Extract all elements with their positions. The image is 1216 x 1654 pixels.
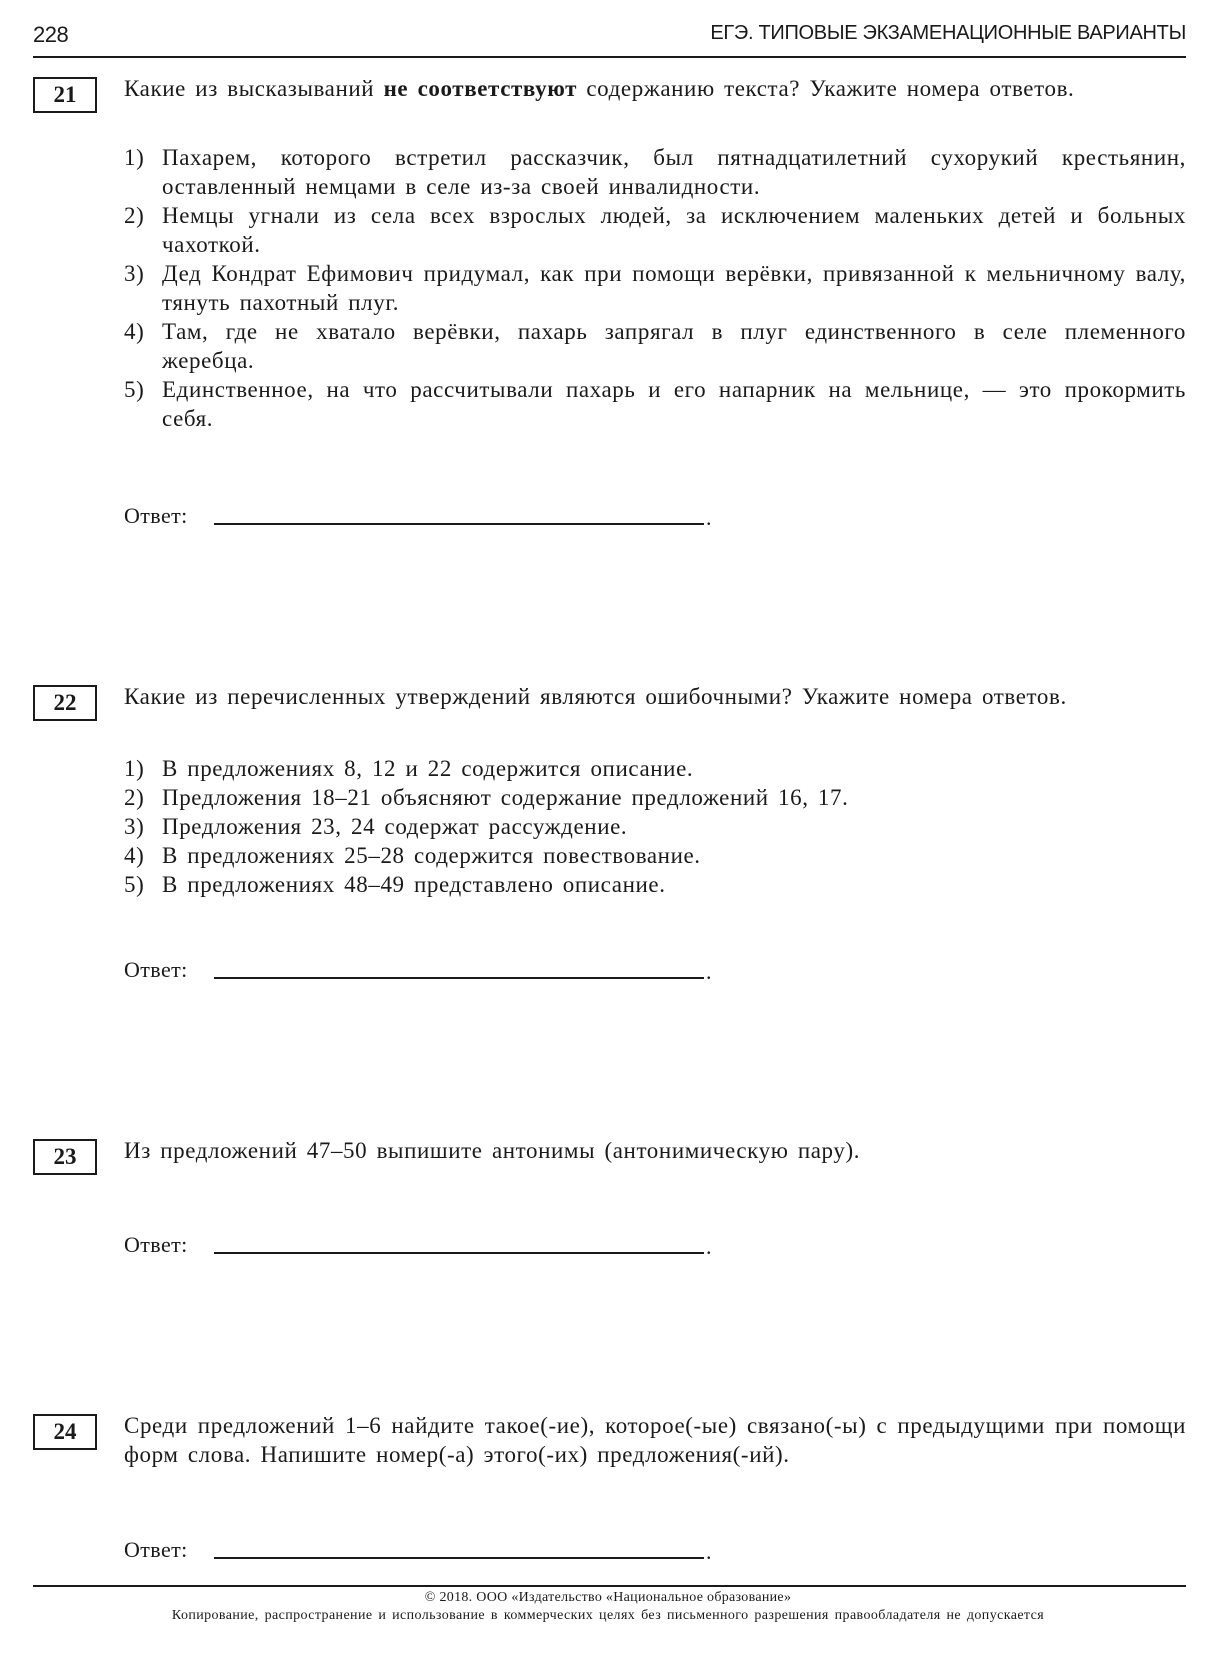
option-text: В предложениях 48–49 представлено описан… <box>162 872 666 897</box>
option-item: 3)Дед Кондрат Ефимович придумал, как при… <box>124 259 1186 317</box>
option-number: 5) <box>124 375 144 404</box>
option-number: 4) <box>124 317 144 346</box>
option-number: 1) <box>124 754 144 783</box>
option-item: 5)Единственное, на что рассчитывали паха… <box>124 375 1186 433</box>
option-item: 4)Там, где не хватало верёвки, пахарь за… <box>124 317 1186 375</box>
task-question: Какие из высказываний не соответствуют с… <box>124 74 1186 103</box>
option-number: 2) <box>124 201 144 230</box>
copyright-notice: Копирование, распространение и использов… <box>0 1608 1216 1624</box>
task-number-box: 24 <box>33 1414 97 1450</box>
answer-period: . <box>706 959 712 985</box>
page-number: 228 <box>33 22 68 48</box>
question-emphasis: не соответствуют <box>384 76 577 101</box>
option-item: 1)В предложениях 8, 12 и 22 содержится о… <box>124 754 1186 783</box>
options-list: 1)В предложениях 8, 12 и 22 содержится о… <box>124 754 1186 899</box>
option-text: Немцы угнали из села всех взрослых людей… <box>162 203 1186 257</box>
answer-period: . <box>706 505 712 531</box>
footer-divider <box>33 1585 1186 1587</box>
answer-label: Ответ: <box>124 503 188 529</box>
answer-label: Ответ: <box>124 957 188 983</box>
running-title: ЕГЭ. ТИПОВЫЕ ЭКЗАМЕНАЦИОННЫЕ ВАРИАНТЫ <box>710 22 1186 45</box>
option-item: 4)В предложениях 25–28 содержится повест… <box>124 841 1186 870</box>
question-text: Какие из высказываний <box>124 76 384 101</box>
option-text: В предложениях 25–28 содержится повество… <box>162 843 701 868</box>
option-number: 5) <box>124 870 144 899</box>
task-question: Какие из перечисленных утверждений являю… <box>124 682 1186 711</box>
option-text: В предложениях 8, 12 и 22 содержится опи… <box>162 756 693 781</box>
option-text: Там, где не хватало верёвки, пахарь запр… <box>162 319 1186 373</box>
copyright: © 2018. ООО «Издательство «Национальное … <box>0 1590 1216 1606</box>
option-text: Пахарем, которого встретил рассказчик, б… <box>162 145 1186 199</box>
task-question: Из предложений 47–50 выпишите антонимы (… <box>124 1136 1186 1165</box>
task-question: Среди предложений 1–6 найдите такое(-ие)… <box>124 1411 1186 1469</box>
answer-period: . <box>706 1539 712 1565</box>
answer-field[interactable] <box>214 1252 704 1254</box>
task-number-box: 22 <box>33 685 97 721</box>
options-list: 1)Пахарем, которого встретил рассказчик,… <box>124 143 1186 433</box>
option-text: Единственное, на что рассчитывали пахарь… <box>162 377 1186 431</box>
option-text: Предложения 18–21 объясняют содержание п… <box>162 785 848 810</box>
header-divider <box>33 56 1186 58</box>
answer-field[interactable] <box>214 523 704 525</box>
option-item: 2)Предложения 18–21 объясняют содержание… <box>124 783 1186 812</box>
option-number: 1) <box>124 143 144 172</box>
question-text: содержанию текста? Укажите номера ответо… <box>577 76 1074 101</box>
answer-label: Ответ: <box>124 1232 188 1258</box>
option-item: 2)Немцы угнали из села всех взрослых люд… <box>124 201 1186 259</box>
answer-label: Ответ: <box>124 1537 188 1563</box>
option-text: Дед Кондрат Ефимович придумал, как при п… <box>162 261 1186 315</box>
option-item: 5)В предложениях 48–49 представлено опис… <box>124 870 1186 899</box>
task-number-box: 23 <box>33 1139 97 1175</box>
option-text: Предложения 23, 24 содержат рассуждение. <box>162 814 627 839</box>
answer-period: . <box>706 1234 712 1260</box>
answer-field[interactable] <box>214 1557 704 1559</box>
option-number: 4) <box>124 841 144 870</box>
option-item: 1)Пахарем, которого встретил рассказчик,… <box>124 143 1186 201</box>
option-item: 3)Предложения 23, 24 содержат рассуждени… <box>124 812 1186 841</box>
answer-field[interactable] <box>214 977 704 979</box>
option-number: 2) <box>124 783 144 812</box>
task-number-box: 21 <box>33 77 97 113</box>
option-number: 3) <box>124 259 144 288</box>
option-number: 3) <box>124 812 144 841</box>
